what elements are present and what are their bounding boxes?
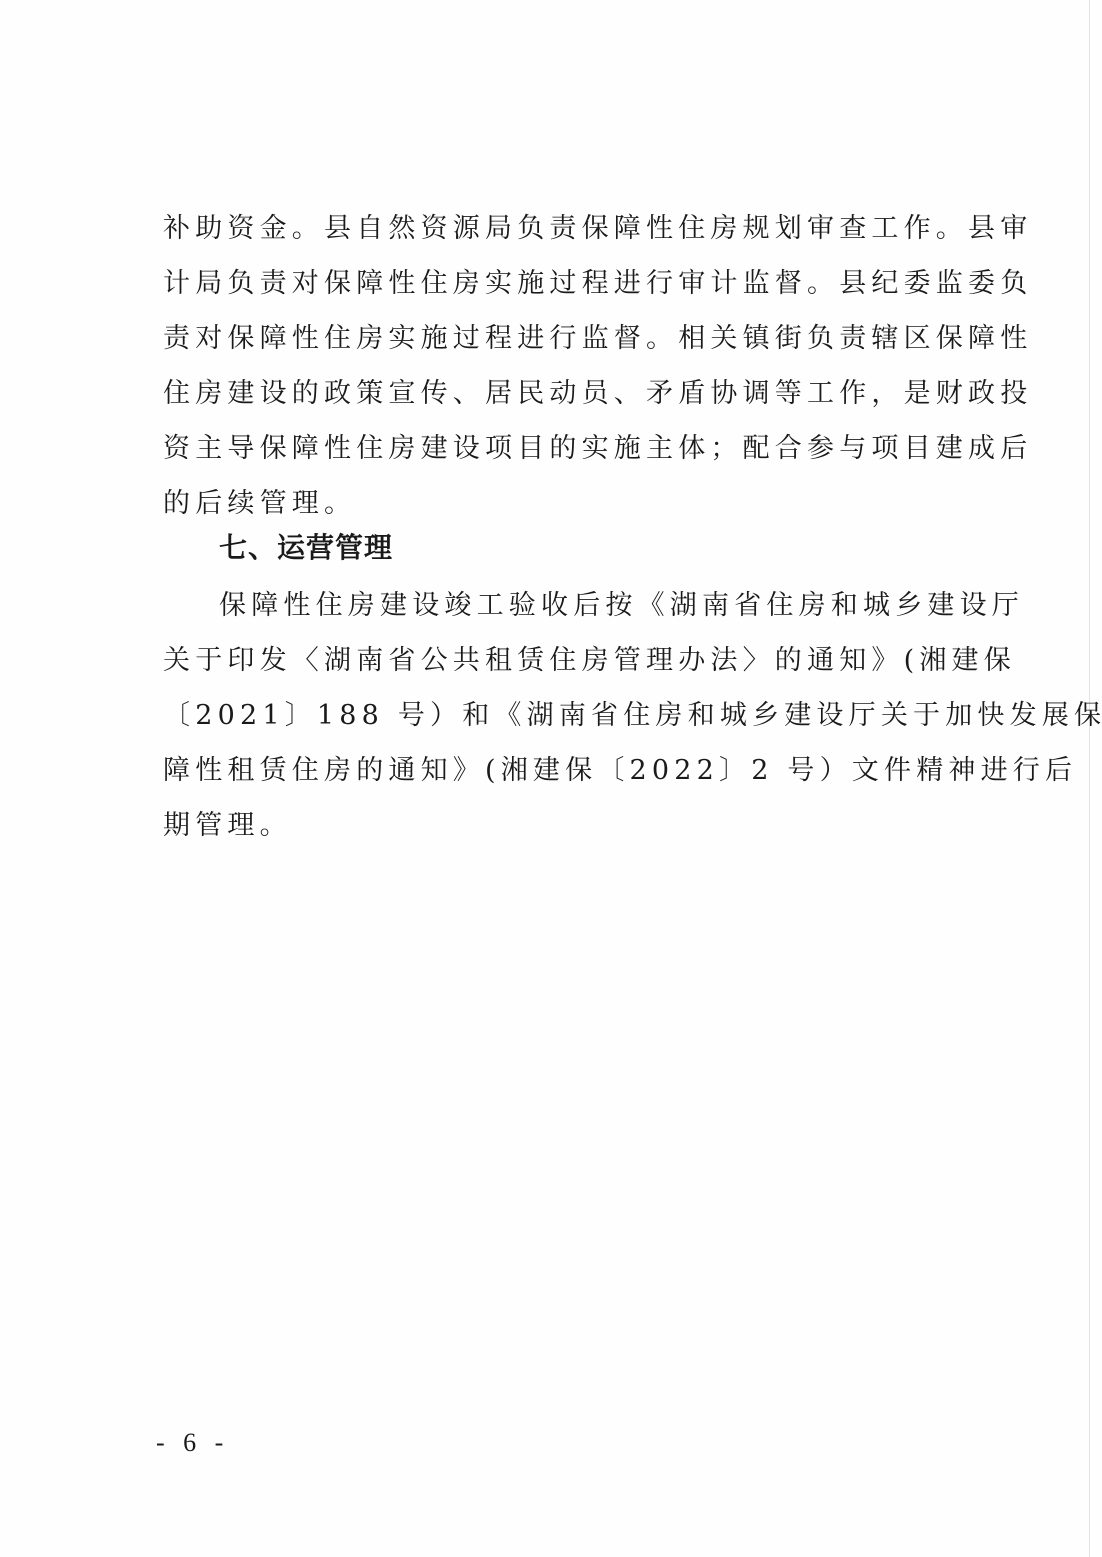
page-edge-divider <box>1089 0 1090 1557</box>
section-heading: 七、运营管理 <box>219 530 393 566</box>
text-line: 期管理。 <box>163 808 963 844</box>
text-line: 住房建设的政策宣传、居民动员、矛盾协调等工作，是财政投 <box>163 376 963 412</box>
text-line: 〔2021〕188 号）和《湖南省住房和城乡建设厅关于加快发展保 <box>163 698 963 734</box>
text-line: 计局负责对保障性住房实施过程进行审计监督。县纪委监委负 <box>163 266 963 302</box>
text-line: 补助资金。县自然资源局负责保障性住房规划审查工作。县审 <box>163 211 963 247</box>
text-line: 障性租赁住房的通知》(湘建保〔2022〕2 号）文件精神进行后 <box>163 753 963 789</box>
text-line: 责对保障性住房实施过程进行监督。相关镇街负责辖区保障性 <box>163 321 963 357</box>
text-line: 资主导保障性住房建设项目的实施主体；配合参与项目建成后 <box>163 431 963 467</box>
text-line: 的后续管理。 <box>163 486 963 522</box>
text-line: 关于印发〈湖南省公共租赁住房管理办法〉的通知》(湘建保 <box>163 643 963 679</box>
text-line: 保障性住房建设竣工验收后按《湖南省住房和城乡建设厅 <box>219 588 1019 624</box>
document-page: 补助资金。县自然资源局负责保障性住房规划审查工作。县审 计局负责对保障性住房实施… <box>0 0 1102 1557</box>
page-number: - 6 - <box>156 1428 229 1458</box>
